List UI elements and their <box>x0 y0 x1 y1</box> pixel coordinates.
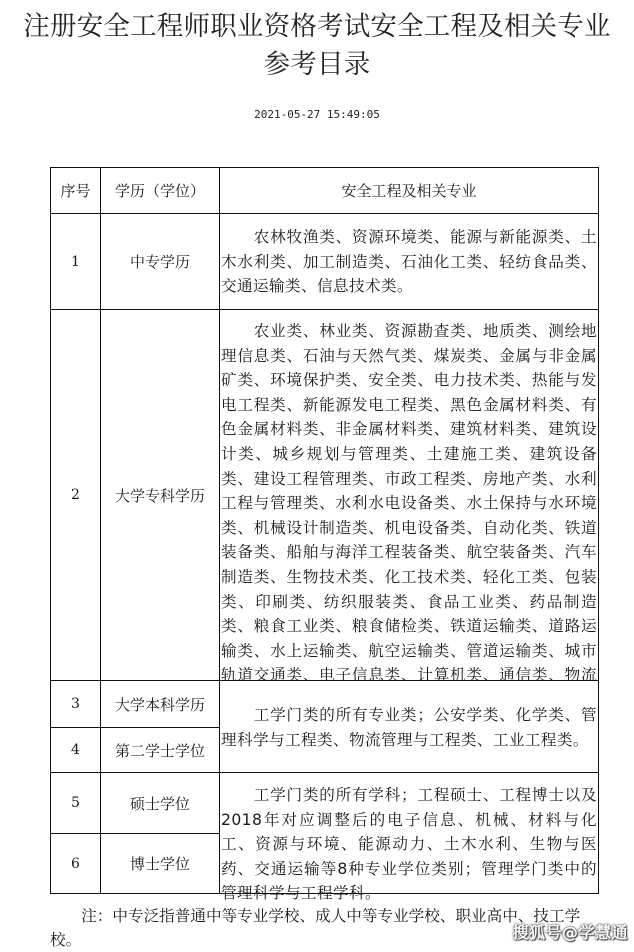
row-3-degree: 大学本科学历 <box>100 680 220 728</box>
row-5-index: 5 <box>50 772 101 834</box>
page-title: 注册安全工程师职业资格考试安全工程及相关专业 参考目录 <box>0 8 634 84</box>
row-5-degree: 硕士学位 <box>100 772 220 834</box>
watermark: 搜狐号@学慧通 <box>512 920 628 943</box>
publish-timestamp: 2021-05-27 15:49:05 <box>0 108 634 121</box>
row-4-degree: 第二学士学位 <box>100 727 220 773</box>
header-degree: 学历（学位） <box>100 167 220 214</box>
header-index: 序号 <box>50 167 101 214</box>
row-3-4-majors-text: 工学门类的所有专业类；公安学类、化学类、管理科学与工程类、物流管理与工程类、工业… <box>220 703 598 752</box>
row-1-index: 1 <box>50 213 101 310</box>
row-1-majors-text: 农林牧渔类、资源环境类、能源与新能源类、土木水利类、加工制造类、石油化工类、轻纺… <box>220 225 598 299</box>
row-3-index: 3 <box>50 680 101 728</box>
row-2-majors-text: 农业类、林业类、资源勘查类、地质类、测绘地理信息类、石油与天然气类、煤炭类、金属… <box>220 319 598 713</box>
title-line-1: 注册安全工程师职业资格考试安全工程及相关专业 <box>0 8 634 46</box>
header-majors: 安全工程及相关专业 <box>219 167 599 214</box>
title-line-2: 参考目录 <box>0 46 634 84</box>
row-5-6-majors-cell: 工学门类的所有学科；工程硕士、工程博士以及2018年对应调整后的电子信息、机械、… <box>219 772 599 894</box>
row-2-majors-cell: 农业类、林业类、资源勘查类、地质类、测绘地理信息类、石油与天然气类、煤炭类、金属… <box>219 309 599 681</box>
row-1-degree: 中专学历 <box>100 213 220 310</box>
row-1-majors-cell: 农林牧渔类、资源环境类、能源与新能源类、土木水利类、加工制造类、石油化工类、轻纺… <box>219 213 599 310</box>
row-6-degree: 博士学位 <box>100 833 220 894</box>
row-5-6-majors-text: 工学门类的所有学科；工程硕士、工程博士以及2018年对应调整后的电子信息、机械、… <box>220 783 598 906</box>
row-2-index: 2 <box>50 309 101 681</box>
row-2-degree: 大学专科学历 <box>100 309 220 681</box>
row-6-index: 6 <box>50 833 101 894</box>
row-4-index: 4 <box>50 727 101 773</box>
row-3-4-majors-cell: 工学门类的所有专业类；公安学类、化学类、管理科学与工程类、物流管理与工程类、工业… <box>219 680 599 773</box>
